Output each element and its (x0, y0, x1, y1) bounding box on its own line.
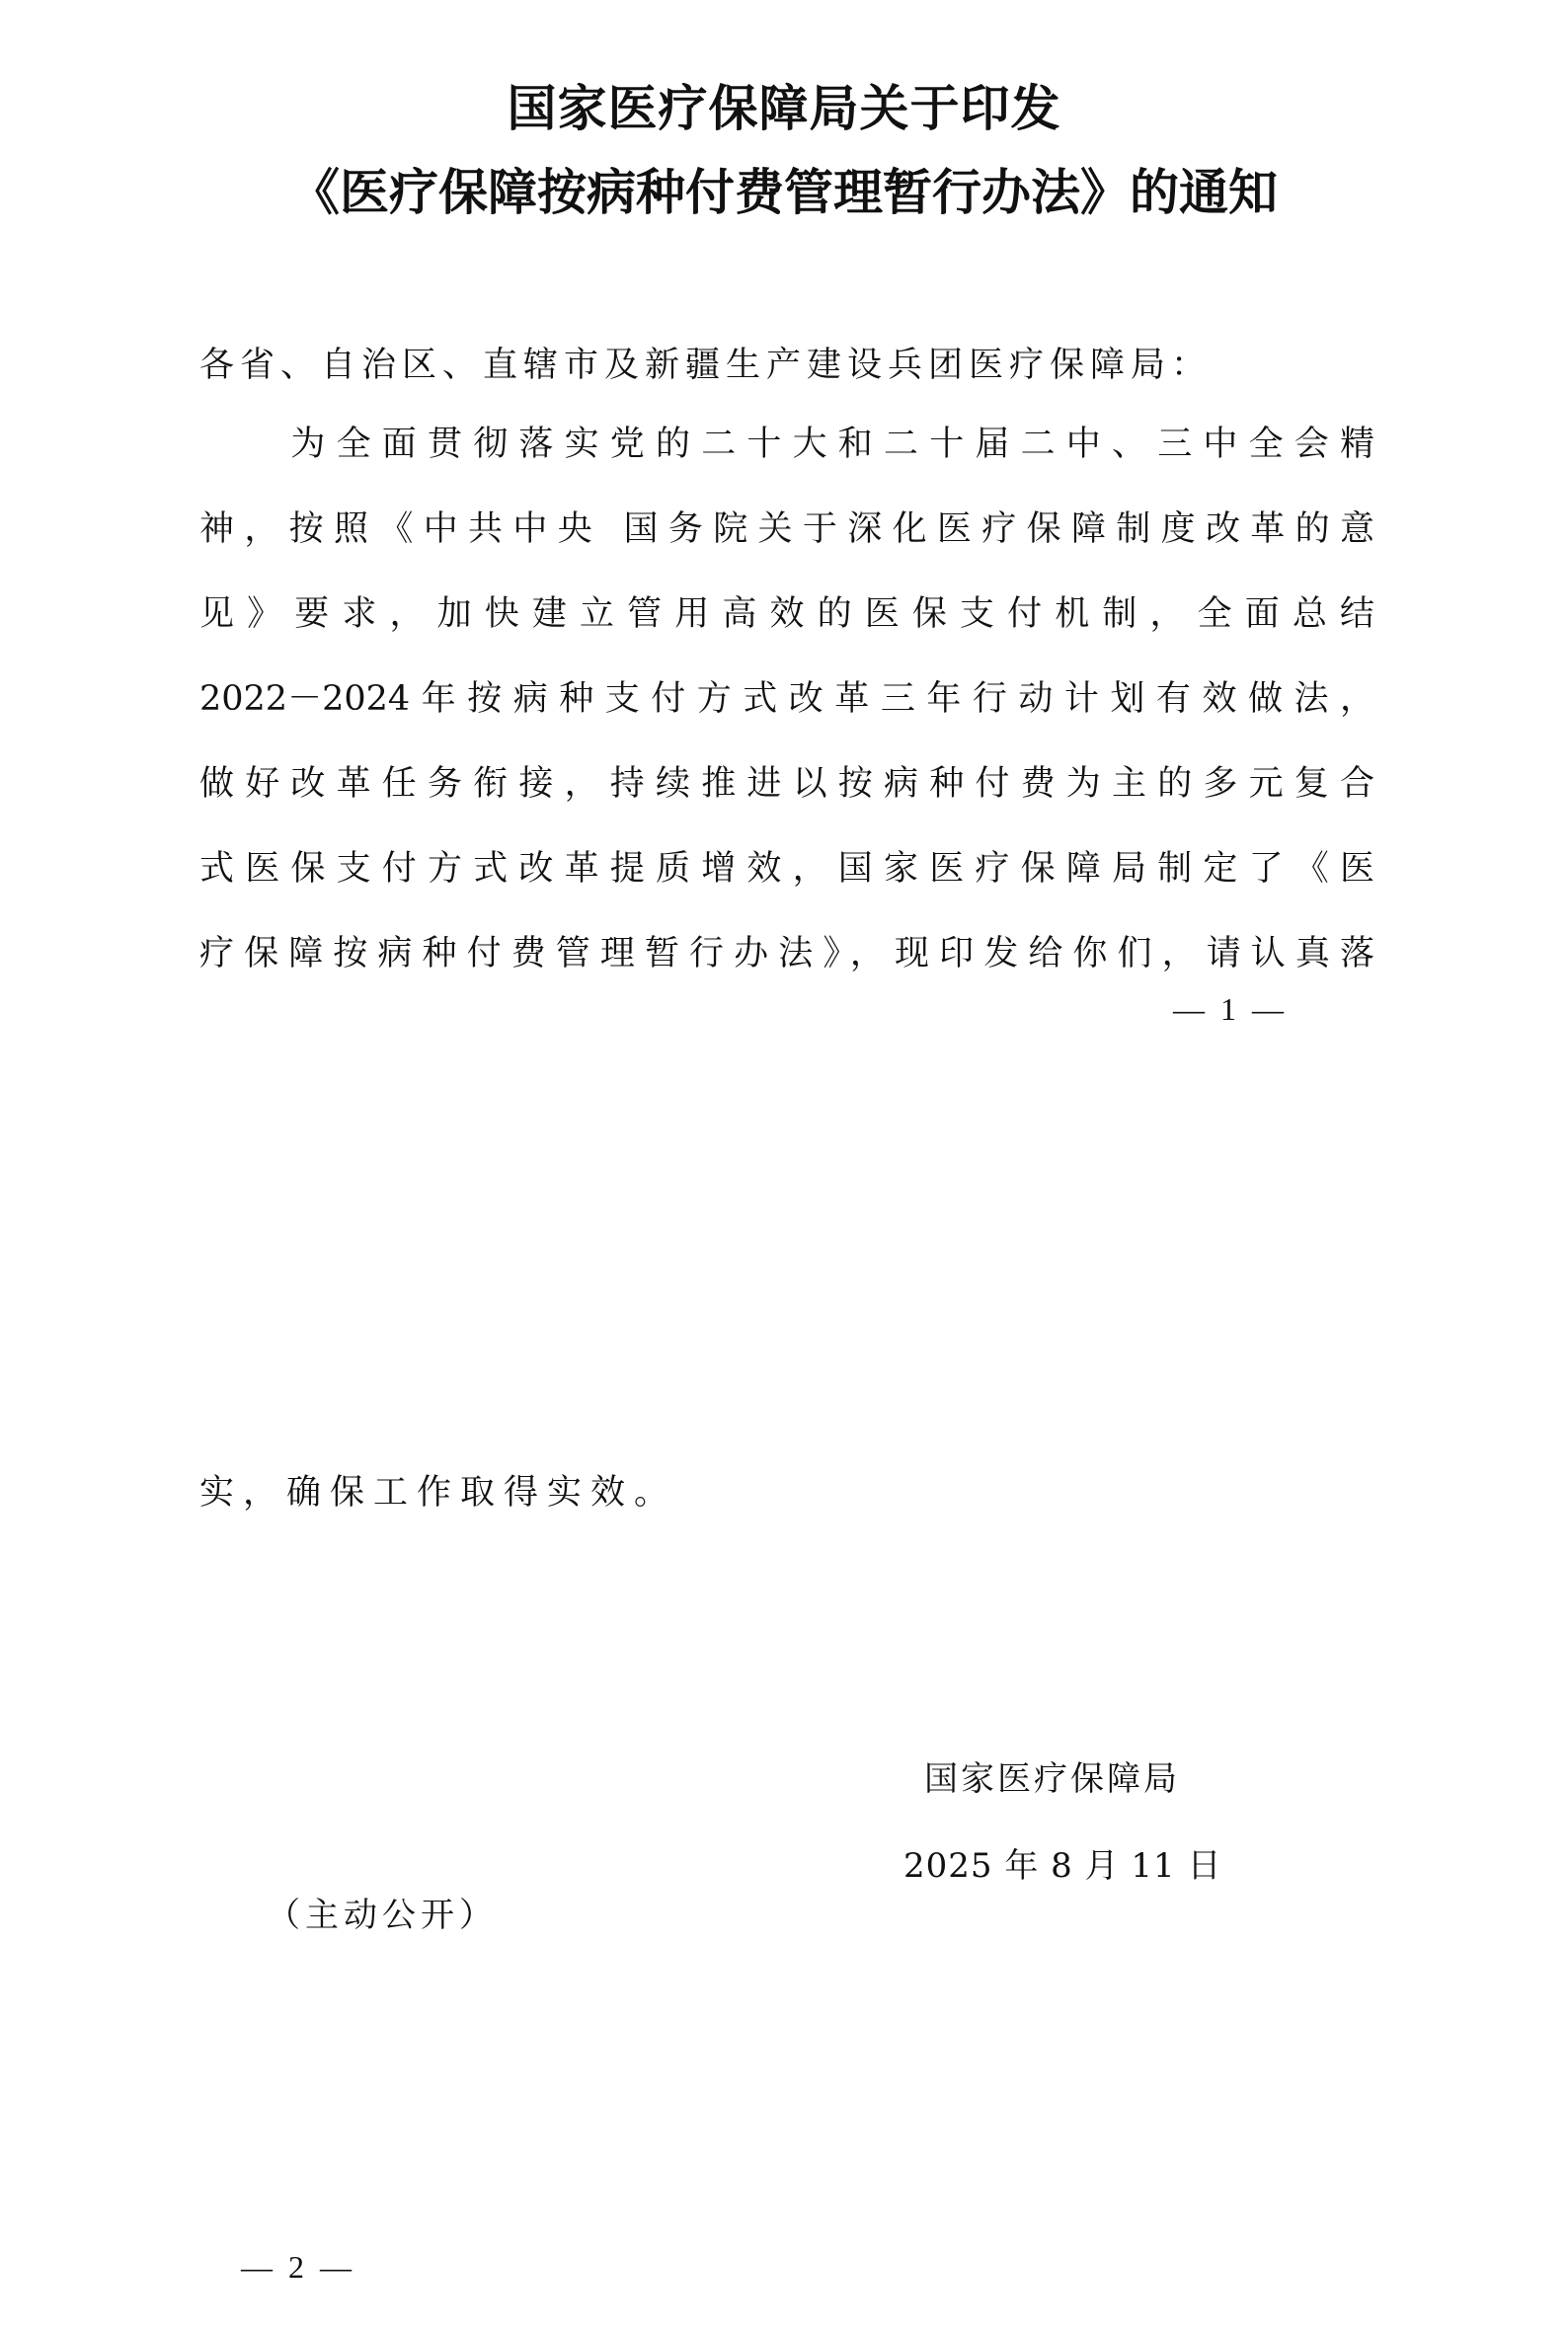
disclosure-label: （主动公开） (267, 1894, 498, 1937)
body-line: 做好改革任务衔接，持续推进以按病种付费为主的多元复合 (199, 762, 1374, 806)
body-line: 2022－2024年按病种支付方式改革三年行动计划有效做法， (199, 677, 1374, 721)
salutation: 各省、自治区、直辖市及新疆生产建设兵团医疗保障局： (199, 344, 1374, 387)
page-number-1: — 1 — (1173, 989, 1284, 1029)
document-title-line-2: 《医疗保障按病种付费管理暂行办法》的通知 (0, 163, 1568, 222)
page-number-2: — 2 — (241, 2247, 352, 2287)
body-line: 疗保障按病种付费管理暂行办法》，现印发给你们，请认真落 (199, 932, 1374, 975)
signature-organization: 国家医疗保障局 (924, 1757, 1180, 1801)
body-line-continued: 实，确保工作取得实效。 (199, 1471, 1374, 1515)
body-line: 式医保支付方式改革提质增效，国家医疗保障局制定了《医 (199, 847, 1374, 891)
body-line: 见》要求，加快建立管用高效的医保支付机制，全面总结 (199, 592, 1374, 636)
signature-date: 2025 年 8 月 11 日 (903, 1844, 1221, 1888)
document-title-line-1: 国家医疗保障局关于印发 (0, 79, 1568, 138)
body-line: 为全面贯彻落实党的二十大和二十届二中、三中全会精 (199, 423, 1374, 466)
body-line: 神，按照《中共中央 国务院关于深化医疗保障制度改革的意 (199, 507, 1374, 551)
